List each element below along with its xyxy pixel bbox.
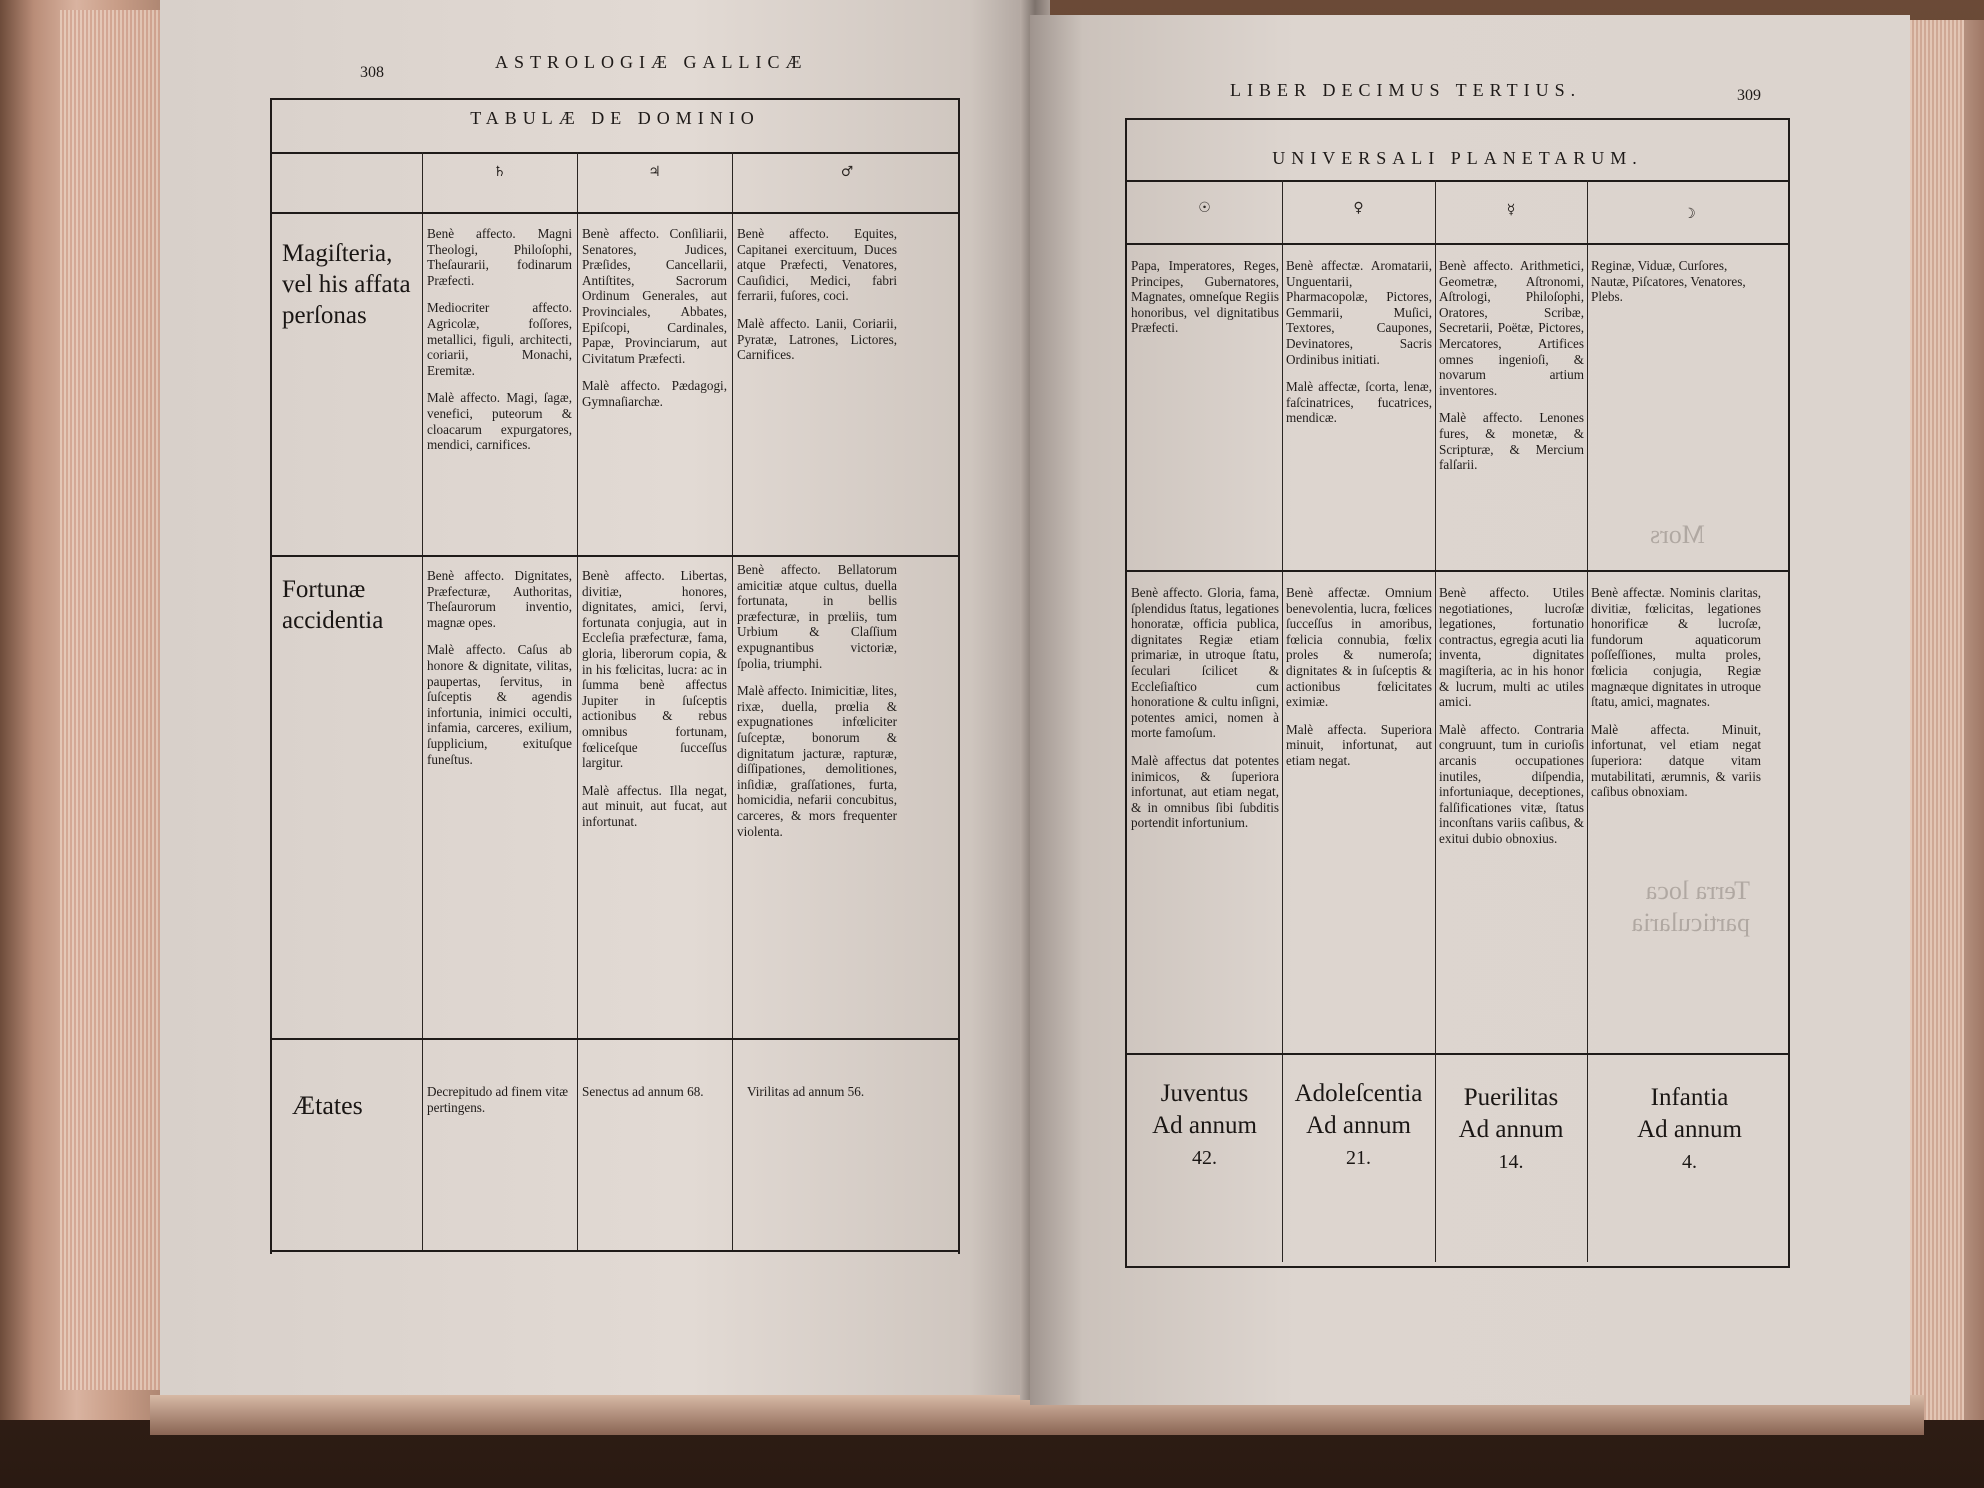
cell-mars-magisteria: Benè affecto. Equites, Capitanei exercit… [737, 226, 897, 375]
age-adolescentia: Adoleſcentia Ad annum 21. [1282, 1078, 1435, 1174]
table-bottom-rule [1127, 1266, 1788, 1268]
mars-symbol-icon: ♂ [732, 164, 962, 180]
cell-saturn-fortunae: Benè affecto. Dignitates, Præfecturæ, Au… [427, 568, 572, 779]
running-head: ASTROLOGIÆ GALLICÆ [495, 52, 808, 73]
table-bottom-rule [272, 1250, 958, 1252]
cell-mars-aetates: Virilitas ad annum 56. [747, 1084, 897, 1100]
column-divider [732, 152, 733, 1252]
row-divider [1127, 1053, 1788, 1055]
row-label-fortunae: Fortunæ accidentia [282, 574, 417, 636]
cell-venus-magisteria: Benè affectæ. Aromatarii, Unguentarii, P… [1286, 258, 1432, 438]
jupiter-symbol-icon: ♃ [577, 164, 732, 180]
caption-divider [272, 152, 958, 154]
row-label-aetates: Ætates [292, 1090, 422, 1121]
dominion-table-left: TABULÆ DE DOMINIO ♄ ♃ ♂ Magiſteria, vel … [270, 98, 960, 1254]
running-head: LIBER DECIMUS TERTIUS. [1230, 80, 1581, 101]
page-number: 309 [1737, 87, 1761, 105]
cell-mercury-fortunae: Benè affecto. Utiles negotiationes, lucr… [1439, 585, 1584, 859]
left-page: 308 ASTROLOGIÆ GALLICÆ TABULÆ DE DOMINIO… [160, 0, 1040, 1395]
table-caption: TABULÆ DE DOMINIO [272, 108, 958, 129]
column-divider [422, 152, 423, 1252]
saturn-symbol-icon: ♄ [422, 164, 577, 180]
mercury-symbol-icon: ☿ [1435, 202, 1587, 218]
row-divider [272, 555, 958, 557]
row-label-magisteria: Magiſteria, vel his affata perſonas [282, 238, 417, 331]
cell-sun-magisteria: Papa, Imperatores, Reges, Principes, Gub… [1131, 258, 1279, 348]
venus-symbol-icon: ♀ [1282, 200, 1435, 216]
table-caption: UNIVERSALI PLANETARUM. [1127, 148, 1788, 169]
cell-jupiter-fortunae: Benè affecto. Libertas, divitiæ, honores… [582, 568, 727, 842]
sun-symbol-icon: ☉ [1127, 200, 1282, 216]
cell-jupiter-magisteria: Benè affecto. Conſiliarii, Senatores, Ju… [582, 226, 727, 422]
book-edge-left [0, 0, 170, 1420]
dominion-table-right: UNIVERSALI PLANETARUM. ☉ ♀ ☿ ☽ Papa, Imp… [1125, 118, 1790, 1268]
row-divider [1127, 570, 1788, 572]
cell-moon-magisteria: Reginæ, Viduæ, Curſores, Nautæ, Piſcator… [1591, 258, 1751, 317]
moon-symbol-icon: ☽ [1587, 206, 1792, 222]
cell-mars-fortunae: Benè affecto. Bellatorum amicitiæ atque … [737, 562, 897, 851]
cell-jupiter-aetates: Senectus ad annum 68. [582, 1084, 732, 1100]
age-juventus: Juventus Ad annum 42. [1127, 1078, 1282, 1174]
cell-saturn-magisteria: Benè affecto. Magni Theologi, Philoſophi… [427, 226, 572, 465]
age-infantia: Infantia Ad annum 4. [1587, 1082, 1792, 1178]
cell-moon-fortunae: Benè affectæ. Nominis claritas, divitiæ,… [1591, 585, 1761, 812]
right-page: LIBER DECIMUS TERTIUS. 309 Mors Terra lo… [1030, 15, 1910, 1405]
header-divider [272, 212, 958, 214]
cell-venus-fortunae: Benè affectæ. Omnium benevolentia, lucra… [1286, 585, 1432, 781]
row-divider [272, 1038, 958, 1040]
age-puerilitas: Puerilitas Ad annum 14. [1435, 1082, 1587, 1178]
cell-sun-fortunae: Benè affecto. Gloria, fama, ſplendidus ſ… [1131, 585, 1279, 843]
header-divider [1127, 243, 1788, 245]
cell-saturn-aetates: Decrepitudo ad finem vitæ pertingens. [427, 1084, 587, 1115]
page-number: 308 [360, 64, 384, 82]
table-top-rule [1127, 118, 1788, 120]
cell-mercury-magisteria: Benè affecto. Arithmetici, Geometræ, Aſt… [1439, 258, 1584, 485]
caption-divider [1127, 180, 1788, 182]
